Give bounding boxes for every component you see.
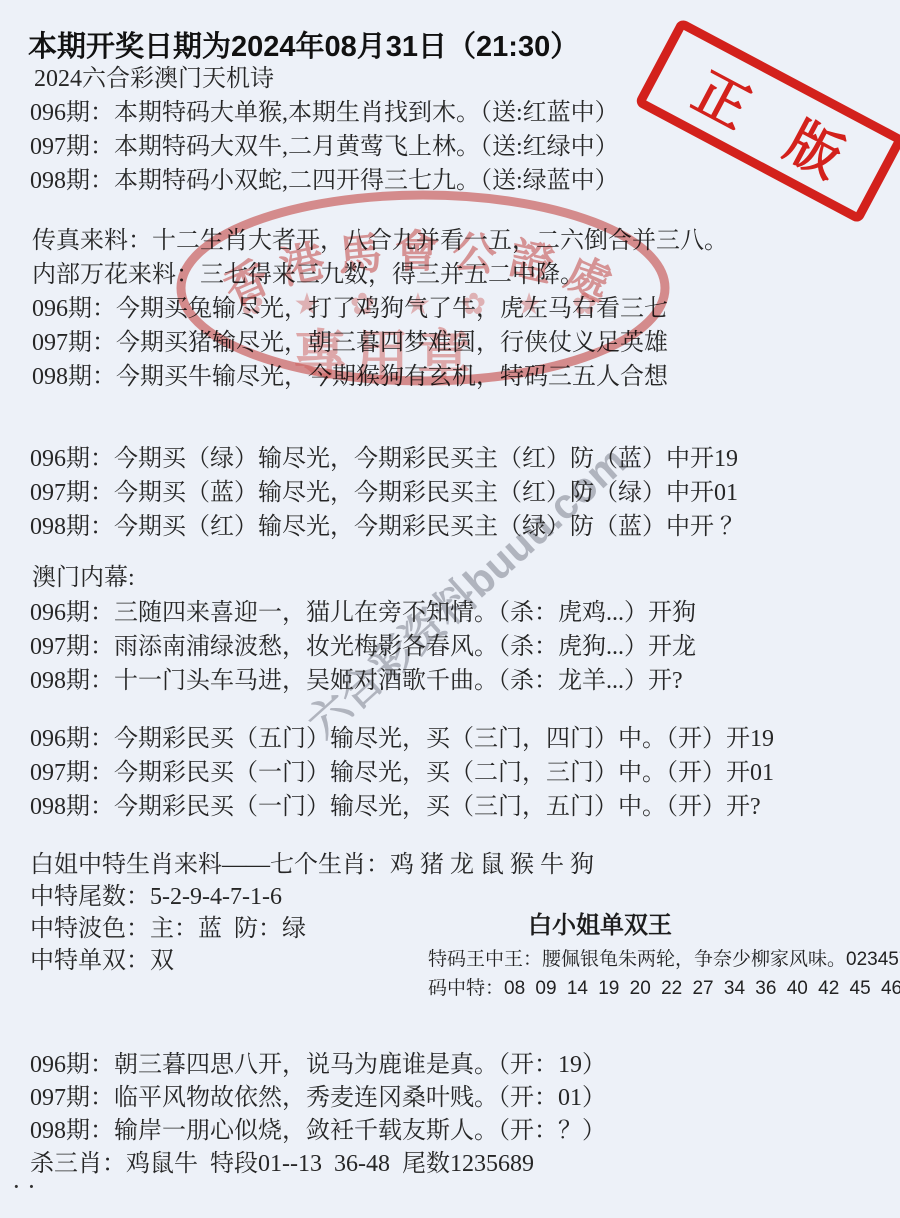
- tianjishi-line-096: 096期：本期特码大单猴,本期生肖找到木。（送:红蓝中）: [30, 96, 619, 130]
- bottom-poems-section: 096期：朝三暮四思八开，说马为鹿谁是真。（开：19） 097期：临平风物故依然…: [30, 1049, 606, 1181]
- door-buy-line-096: 096期：今期彩民买（五门）输尽光，买（三门，四门）中。（开）开19: [30, 722, 774, 756]
- chuanzhen-line-097: 097期：今期买猪输尽光，朝三暮四梦难圆，行侠仗义足英雄: [32, 326, 728, 360]
- aomen-line-097: 097期：雨添南浦绿波愁，妆光梅影各春风。（杀：虎狗...）开龙: [30, 630, 696, 664]
- genuine-stamp: 正 版: [634, 18, 900, 225]
- page-title: 本期开奖日期为2024年08月31日（21:30）: [28, 24, 579, 65]
- aomen-line-098: 098期：十一门头车马进，吴姬对酒歌千曲。（杀：龙羊...）开?: [30, 664, 696, 698]
- neibu-wanhua-line: 内部万花来料：三七得来三九数，得三并五二中降。: [32, 258, 728, 292]
- baijie-zodiac-line: 白姐中特生肖来料——七个生肖：鸡 猪 龙 鼠 猴 牛 狗: [30, 849, 594, 881]
- aomen-neimu-heading: 澳门内幕:: [32, 561, 135, 595]
- door-buy-line-098: 098期：今期彩民买（一门）输尽光，买（三门，五门）中。（开）开?: [30, 790, 774, 824]
- aomen-line-096: 096期：三随四来喜迎一，猫儿在旁不知情。（杀：虎鸡...）开狗: [30, 596, 696, 630]
- color-buy-line-097: 097期：今期买（蓝）输尽光，今期彩民买主（红）防（绿）中开01: [30, 476, 744, 510]
- chuanzhen-line-096: 096期：今期买兔输尽光，打了鸡狗气了牛，虎左马右看三七: [32, 292, 728, 326]
- color-buy-line-096: 096期：今期买（绿）输尽光，今期彩民买主（红）防（蓝）中开19: [30, 442, 744, 476]
- ma-zhongte-numbers-line: 码中特：08 09 14 19 20 22 27 34 36 40 42 45 …: [428, 973, 900, 1000]
- tianjishi-line-098: 098期：本期特码小双蛇,二四开得三七九。（送:绿蓝中）: [30, 164, 619, 198]
- color-buy-line-098: 098期：今期买（红）输尽光，今期彩民买主（绿）防（蓝）中开 ？: [30, 510, 744, 544]
- tema-wang-line: 特码王中王：腰佩银龟朱两轮，争奈少柳家风味。0234579: [428, 944, 900, 971]
- bottom-line-097: 097期：临平风物故依然，秀麦连冈桑叶贱。（开：01）: [30, 1082, 606, 1115]
- door-buy-section: 096期：今期彩民买（五门）输尽光，买（三门，四门）中。（开）开19 097期：…: [30, 722, 774, 824]
- baixiaojie-heading: 白小姐单双王: [425, 905, 775, 940]
- aomen-neimu-section: 096期：三随四来喜迎一，猫儿在旁不知情。（杀：虎鸡...）开狗 097期：雨添…: [30, 596, 696, 698]
- chuanzhen-line-098: 098期：今期买牛输尽光，今期猴狗有玄机，特码三五人合想: [32, 360, 728, 394]
- sha-sanxiao-line: 杀三肖：鸡鼠牛 特段01--13 36-48 尾数1235689: [30, 1148, 606, 1181]
- bottom-line-098: 098期：输岸一朋心似烧，敛衽千载友斯人。（开：？）: [30, 1115, 606, 1148]
- door-buy-line-097: 097期：今期彩民买（一门）输尽光，买（二门，三门）中。（开）开01: [30, 756, 774, 790]
- color-buy-section: 096期：今期买（绿）输尽光，今期彩民买主（红）防（蓝）中开19 097期：今期…: [30, 442, 744, 544]
- chuanzhen-section: 传真来料：十二生肖大者开，八合九并看一五，二六倒合并三八。 内部万花来料：三七得…: [32, 224, 728, 394]
- tianjishi-heading: 2024六合彩澳门天机诗: [34, 62, 274, 96]
- bottom-dots: · ·: [12, 1172, 36, 1202]
- bottom-line-096: 096期：朝三暮四思八开，说马为鹿谁是真。（开：19）: [30, 1049, 606, 1082]
- tianjishi-line-097: 097期：本期特码大双牛,二月黄莺飞上林。（送:红绿中）: [30, 130, 619, 164]
- tianjishi-section: 096期：本期特码大单猴,本期生肖找到木。（送:红蓝中） 097期：本期特码大双…: [30, 96, 619, 198]
- chuanzhen-line: 传真来料：十二生肖大者开，八合九并看一五，二六倒合并三八。: [32, 224, 728, 258]
